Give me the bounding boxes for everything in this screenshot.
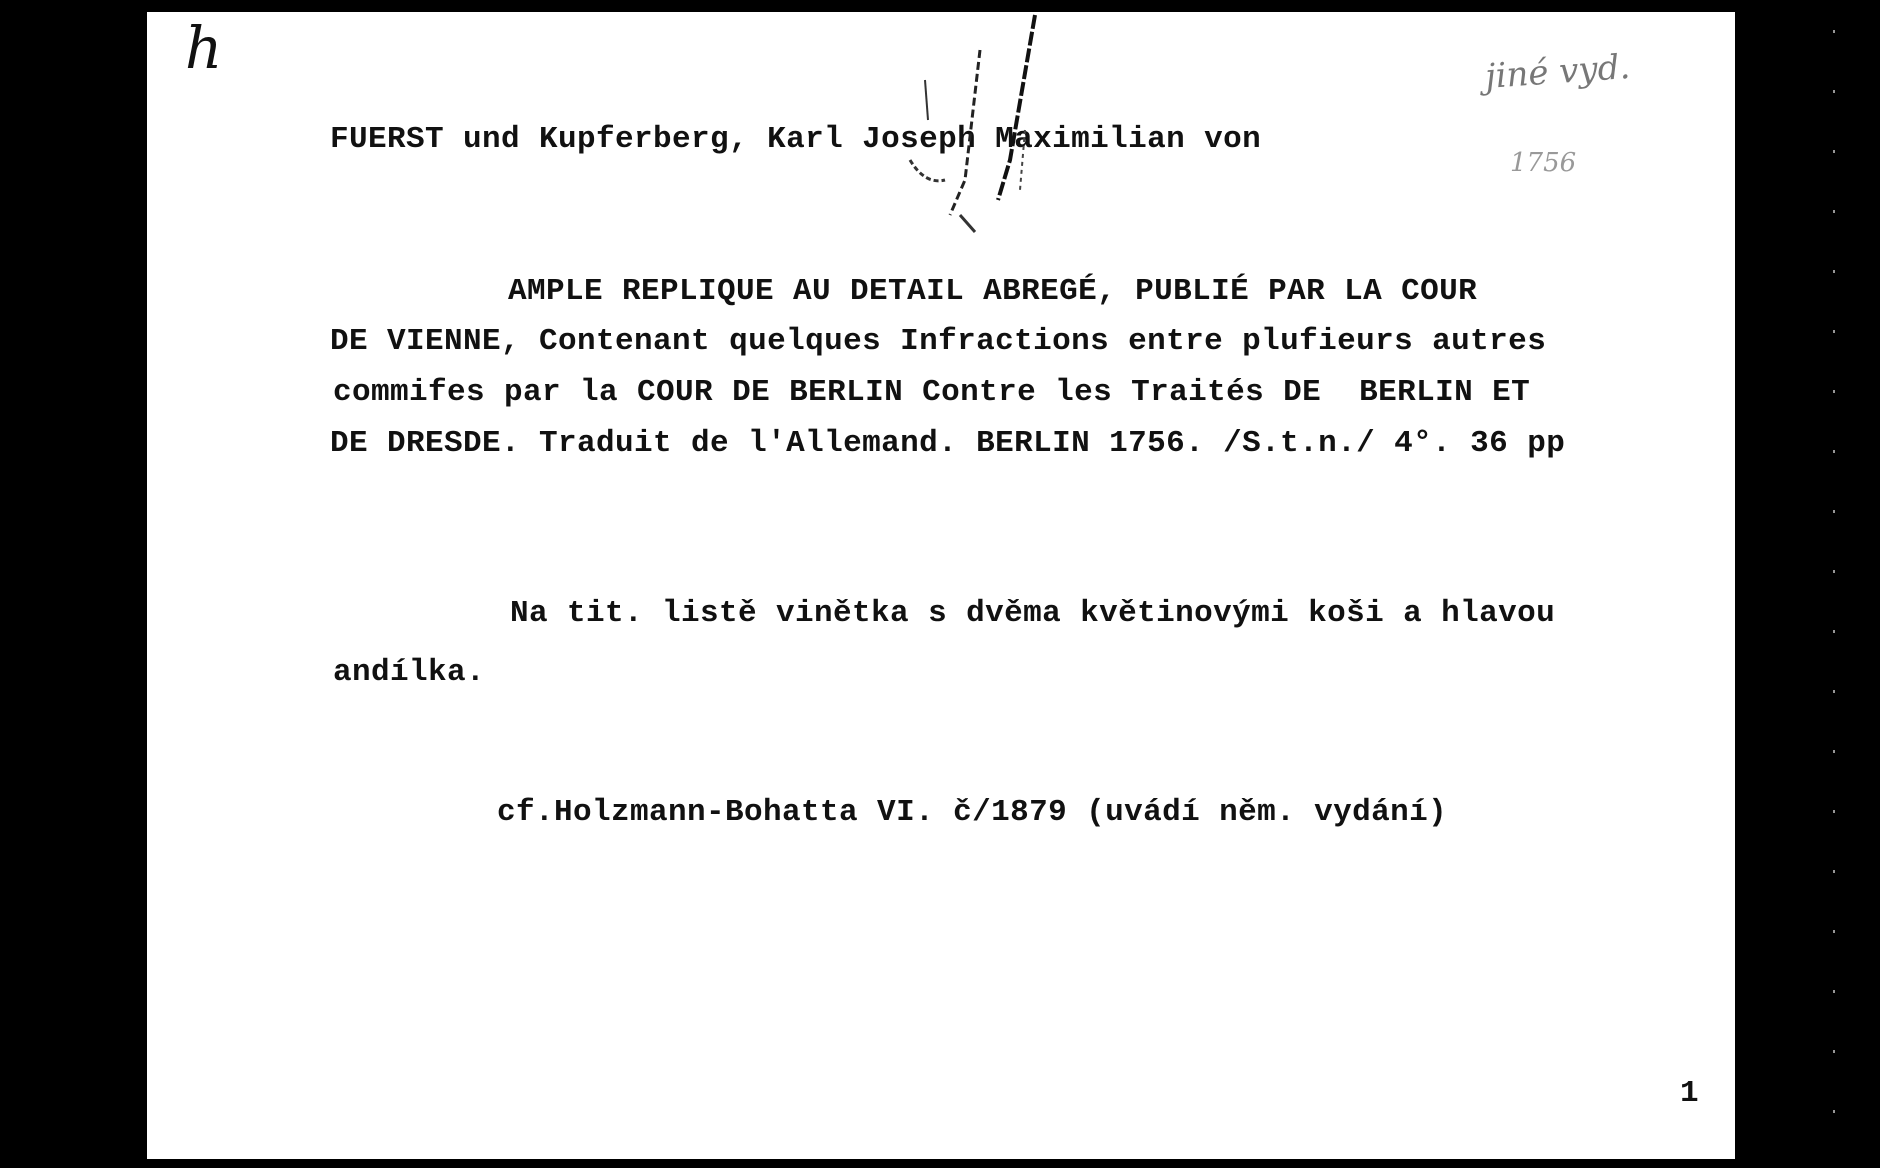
scan-edge-artifact: [1833, 0, 1835, 1168]
handwritten-year: 1756: [1510, 148, 1576, 178]
card-title-line-3: commifes par la COUR DE BERLIN Contre le…: [333, 377, 1530, 408]
card-heading-author: FUERST und Kupferberg, Karl Joseph Maxim…: [330, 124, 1261, 155]
card-note-line-1: Na tit. listě vinětka s dvěma květinovým…: [510, 598, 1555, 629]
handwritten-corner-mark: h: [185, 14, 222, 82]
card-note-line-2: andílka.: [333, 657, 485, 688]
card-title-line-4: DE DRESDE. Traduit de l'Allemand. BERLIN…: [330, 428, 1565, 459]
catalog-card: [147, 12, 1735, 1159]
card-page-number: 1: [1680, 1078, 1699, 1109]
card-title-line-1: AMPLE REPLIQUE AU DETAIL ABREGÉ, PUBLIÉ …: [508, 276, 1477, 307]
card-reference: cf.Holzmann-Bohatta VI. č/1879 (uvádí ně…: [497, 797, 1447, 828]
card-title-line-2: DE VIENNE, Contenant quelques Infraction…: [330, 326, 1546, 357]
